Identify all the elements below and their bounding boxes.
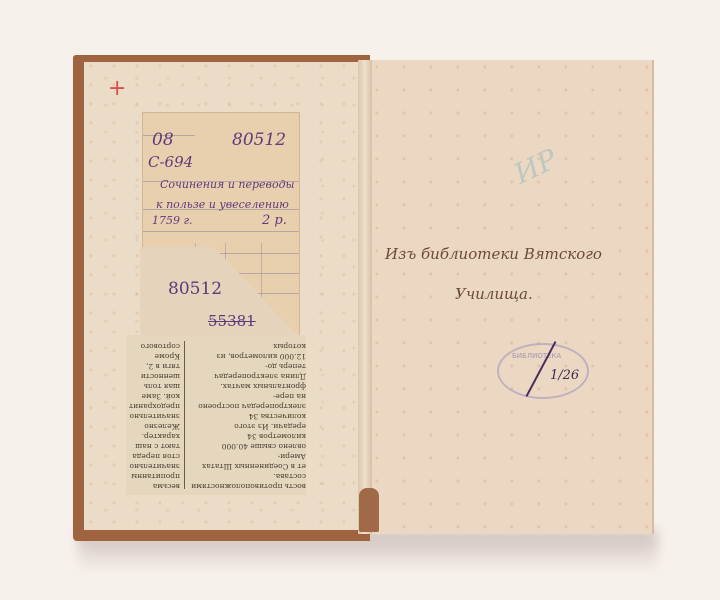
book-gutter — [358, 60, 372, 534]
card-inventory-number: 80512 — [232, 130, 286, 150]
red-cross-mark: + — [108, 76, 126, 101]
clipping-column-rule — [184, 341, 185, 489]
card-class-code: 08 — [152, 130, 174, 150]
card-shelf-code: С-694 — [148, 153, 193, 171]
inscription-line-2: Училища. — [455, 285, 533, 303]
card-title-line2: к пользе и увеселению — [156, 198, 289, 211]
card-year: 1759 г. — [152, 214, 193, 227]
stamp-text: БИБЛИОТЕКА — [512, 352, 561, 360]
clipping-column-narrow: весьмапропитаннызначительностоя передата… — [128, 339, 180, 491]
pocket-crossed-number: 55381 — [208, 312, 256, 330]
binding-tab — [359, 488, 379, 532]
pocket-inventory-number: 80512 — [168, 279, 222, 299]
shelf-note: 1/26 — [550, 368, 579, 383]
newspaper-clipping: весьмапропитаннызначительностоя передата… — [126, 335, 306, 495]
card-title-line1: Сочинения и переводы — [160, 178, 295, 191]
clipping-column-wide: вость противоположностями состава.ет в С… — [188, 339, 306, 491]
inscription-line-1: Изъ библиотеки Вятского — [385, 245, 602, 263]
card-price: 2 р. — [262, 213, 287, 228]
